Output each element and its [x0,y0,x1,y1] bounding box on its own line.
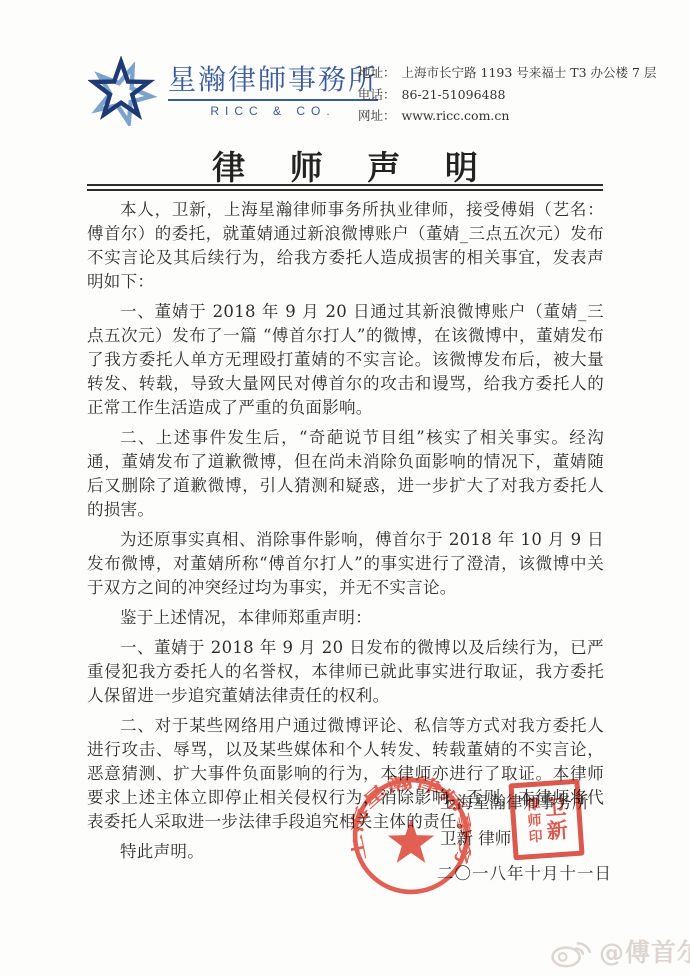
contact-info: 地址： 上海市长宁路 1193 号来福士 T3 办公楼 7 层 电话： 86-2… [358,62,656,127]
address-row: 地址： 上海市长宁路 1193 号来福士 T3 办公楼 7 层 [358,62,656,84]
round-firm-seal: 上海星瀚律师事务所 [351,776,471,896]
letterhead: 星瀚律師事務所 RICC & CO. 地址： 上海市长宁路 1193 号来福士 … [0,0,690,140]
weibo-watermark: @傅首尔 [550,933,690,969]
statement-body: 本人，卫新，上海星瀚律师事务所执业律师，接受傅娟（艺名：傅首尔）的委托，就董婧通… [87,198,604,870]
address-label: 地址： [358,62,396,84]
phone-label: 电话： [358,84,396,106]
website-row: 网址： www.ricc.com.cn [358,105,656,127]
document-title: 律师声明 [0,142,690,189]
website-value: www.ricc.com.cn [402,105,510,127]
watermark-handle: @傅首尔 [599,933,690,969]
weibo-logo-icon [550,934,594,968]
paragraph-declare-1: 一、董婧于 2018 年 9 月 20 日发布的微博以及后续行为，已严重侵犯我方… [87,636,604,708]
paragraph-fact-2: 二、上述事件发生后，“奇葩说节目组”核实了相关事实。经沟通，董婧发布了道歉微博，… [87,426,604,522]
star-logo-icon [88,56,158,126]
paragraph-clarify: 为还原事实真相、消除事件影响，傅首尔于 2018 年 10 月 9 日发布微博，… [87,528,604,600]
phone-value: 86-21-51096488 [402,84,506,106]
legal-statement-document: 星瀚律師事務所 RICC & CO. 地址： 上海市长宁路 1193 号来福士 … [0,0,690,976]
seal-left-column: 律师印 [525,796,542,845]
website-label: 网址： [358,105,396,127]
square-lawyer-seal: 律师印 卫新 [508,779,584,861]
seal-right-column: 卫新 [544,795,568,842]
law-firm-logo: 星瀚律師事務所 RICC & CO. [88,56,378,126]
title-divider-double-rule [87,184,603,191]
seal-star-icon [388,819,434,863]
phone-row: 电话： 86-21-51096488 [358,84,656,106]
paragraph-intro: 本人，卫新，上海星瀚律师事务所执业律师，接受傅娟（艺名：傅首尔）的委托，就董婧通… [87,198,604,294]
law-firm-name-chinese: 星瀚律師事務所 [168,64,378,101]
address-value: 上海市长宁路 1193 号来福士 T3 办公楼 7 层 [402,62,657,84]
law-firm-name-block: 星瀚律師事務所 RICC & CO. [168,56,378,118]
law-firm-name-english: RICC & CO. [168,104,378,118]
paragraph-declare-lead: 鉴于上述情况，本律师郑重声明： [87,606,604,630]
paragraph-fact-1: 一、董婧于 2018 年 9 月 20 日通过其新浪微博账户（董婧_三点五次元）… [87,300,604,420]
